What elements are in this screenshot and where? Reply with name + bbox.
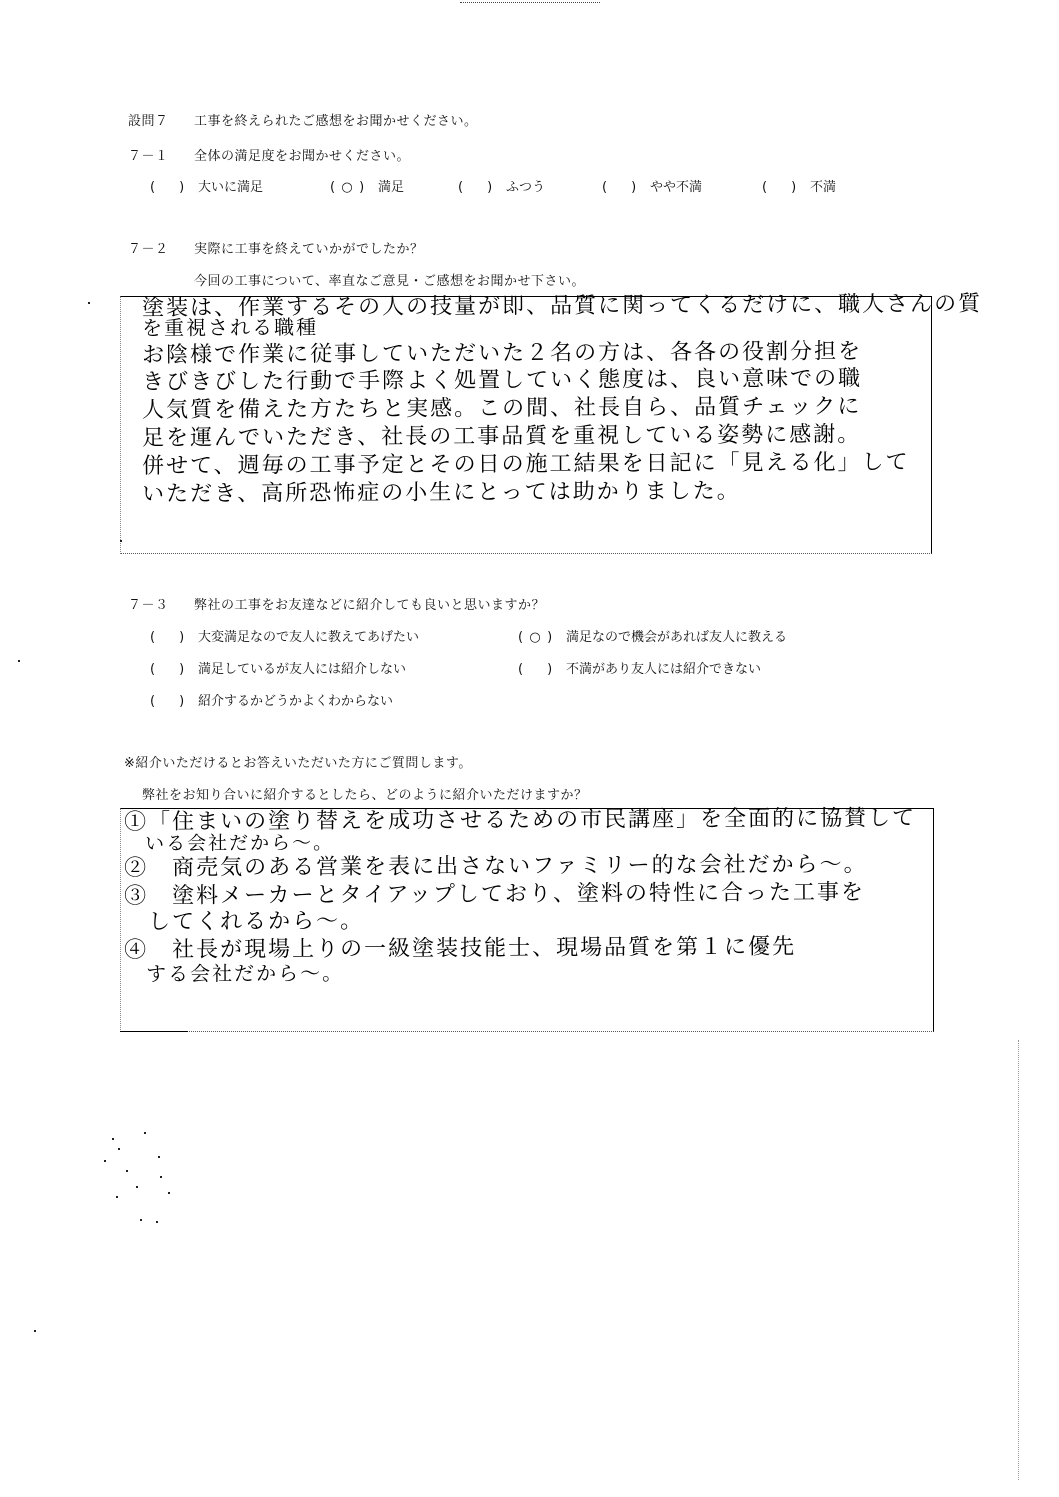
question-7-1: ７－１全体の満足度をお聞かせください。 bbox=[128, 145, 410, 164]
option-dissatisfied[interactable]: ()不満 bbox=[762, 176, 836, 195]
referral-note: ※紹介いただけるとお答えいただいた方にご質問します。 bbox=[124, 752, 472, 771]
answer-line: お陰様で作業に従事していただいた２名の方は、各各の役割分担を bbox=[142, 341, 862, 366]
answer-line: する会社だから～。 bbox=[124, 963, 344, 985]
answer-line: いる会社だから～。 bbox=[124, 833, 334, 855]
divider bbox=[120, 1031, 188, 1032]
option-label: 満足 bbox=[378, 180, 404, 195]
question-7-2-subtext: 今回の工事について、率直なご意見・ご感想をお聞かせ下さい。 bbox=[194, 270, 585, 289]
checkbox[interactable]: () bbox=[518, 662, 566, 677]
option-tell-friends[interactable]: ()大変満足なので友人に教えてあげたい bbox=[150, 626, 419, 645]
checkbox[interactable]: () bbox=[150, 662, 198, 677]
option-label: 不満 bbox=[810, 180, 836, 195]
answer-line: いただき、高所恐怖症の小生にとっては助かりました。 bbox=[142, 481, 741, 505]
answer-line: ①「住まいの塗り替えを成功させるための市民講座」を全面的に協賛して bbox=[124, 808, 916, 833]
question-text: 実際に工事を終えていかがでしたか？ bbox=[194, 242, 424, 257]
option-tell-if-chance[interactable]: (○)満足なので機会があれば友人に教える bbox=[518, 626, 787, 645]
checkbox[interactable]: () bbox=[762, 180, 810, 195]
option-label: やや不満 bbox=[650, 180, 702, 195]
option-satisfied[interactable]: (○)満足 bbox=[330, 176, 404, 195]
checkbox[interactable]: (○) bbox=[518, 630, 566, 645]
option-somewhat-dissatisfied[interactable]: ()やや不満 bbox=[602, 176, 702, 195]
option-dissatisfied-no-referral[interactable]: ()不満があり友人には紹介できない bbox=[518, 658, 761, 677]
question-text: 工事を終えられたご感想をお聞かせください。 bbox=[194, 114, 478, 129]
scan-artifact-top bbox=[460, 2, 600, 4]
question-number: ７－３ bbox=[128, 594, 194, 613]
option-label: 大変満足なので友人に教えてあげたい bbox=[198, 630, 419, 645]
option-label: 不満があり友人には紹介できない bbox=[566, 662, 761, 677]
question-7-2: ７－２実際に工事を終えていかがでしたか？ bbox=[128, 238, 424, 257]
referral-question: 弊社をお知り合いに紹介するとしたら、どのように紹介いただけますか？ bbox=[142, 784, 588, 803]
option-label: 満足しているが友人には紹介しない bbox=[198, 662, 406, 677]
option-very-satisfied[interactable]: ()大いに満足 bbox=[150, 176, 263, 195]
option-label: 大いに満足 bbox=[198, 180, 263, 195]
answer-line: 人気質を備えた方たちと実感。この間、社長自ら、品質チェックに bbox=[142, 396, 861, 421]
checkbox[interactable]: () bbox=[458, 180, 506, 195]
checkbox[interactable]: () bbox=[602, 180, 650, 195]
scan-artifact-edge bbox=[1018, 1040, 1019, 1480]
checkbox[interactable]: (○) bbox=[330, 180, 378, 195]
question-number: ７－１ bbox=[128, 145, 194, 164]
check-mark: ○ bbox=[335, 180, 359, 195]
answer-line: ④ 社長が現場上りの一級塗装技能士、現場品質を第１に優先 bbox=[124, 936, 796, 961]
answer-line: 併せて、週毎の工事予定とその日の施工結果を日記に「見える化」して bbox=[142, 452, 910, 477]
answer-line: きびきびした行動で手際よく処置していく態度は、良い意味での職 bbox=[142, 368, 862, 393]
answer-line: ③ 塗料メーカーとタイアップしており、塗料の特性に合った工事を bbox=[124, 882, 865, 907]
answer-line: してくれるから～。 bbox=[124, 911, 364, 933]
option-label: 紹介するかどうかよくわからない bbox=[198, 694, 393, 709]
answer-line: を重視される職種 bbox=[142, 317, 318, 339]
question-number: ７－２ bbox=[128, 238, 194, 257]
question-7-3: ７－３弊社の工事をお友達などに紹介しても良いと思いますか？ bbox=[128, 594, 545, 613]
option-satisfied-no-referral[interactable]: ()満足しているが友人には紹介しない bbox=[150, 658, 406, 677]
answer-line: 足を運んでいただき、社長の工事品質を重視している姿勢に感謝。 bbox=[142, 424, 861, 449]
option-label: ふつう bbox=[506, 180, 545, 195]
checkbox[interactable]: () bbox=[150, 630, 198, 645]
option-unsure[interactable]: ()紹介するかどうかよくわからない bbox=[150, 690, 393, 709]
answer-line: ② 商売気のある営業を表に出さないファミリー的な会社だから～。 bbox=[124, 854, 868, 879]
question-7-heading: 設問７工事を終えられたご感想をお聞かせください。 bbox=[128, 110, 478, 129]
question-text: 全体の満足度をお聞かせください。 bbox=[194, 149, 410, 164]
check-mark: ○ bbox=[523, 630, 547, 645]
option-neutral[interactable]: ()ふつう bbox=[458, 176, 545, 195]
question-text: 弊社の工事をお友達などに紹介しても良いと思いますか？ bbox=[194, 598, 545, 613]
question-number: 設問７ bbox=[128, 110, 194, 129]
option-label: 満足なので機会があれば友人に教える bbox=[566, 630, 787, 645]
checkbox[interactable]: () bbox=[150, 180, 198, 195]
checkbox[interactable]: () bbox=[150, 694, 198, 709]
